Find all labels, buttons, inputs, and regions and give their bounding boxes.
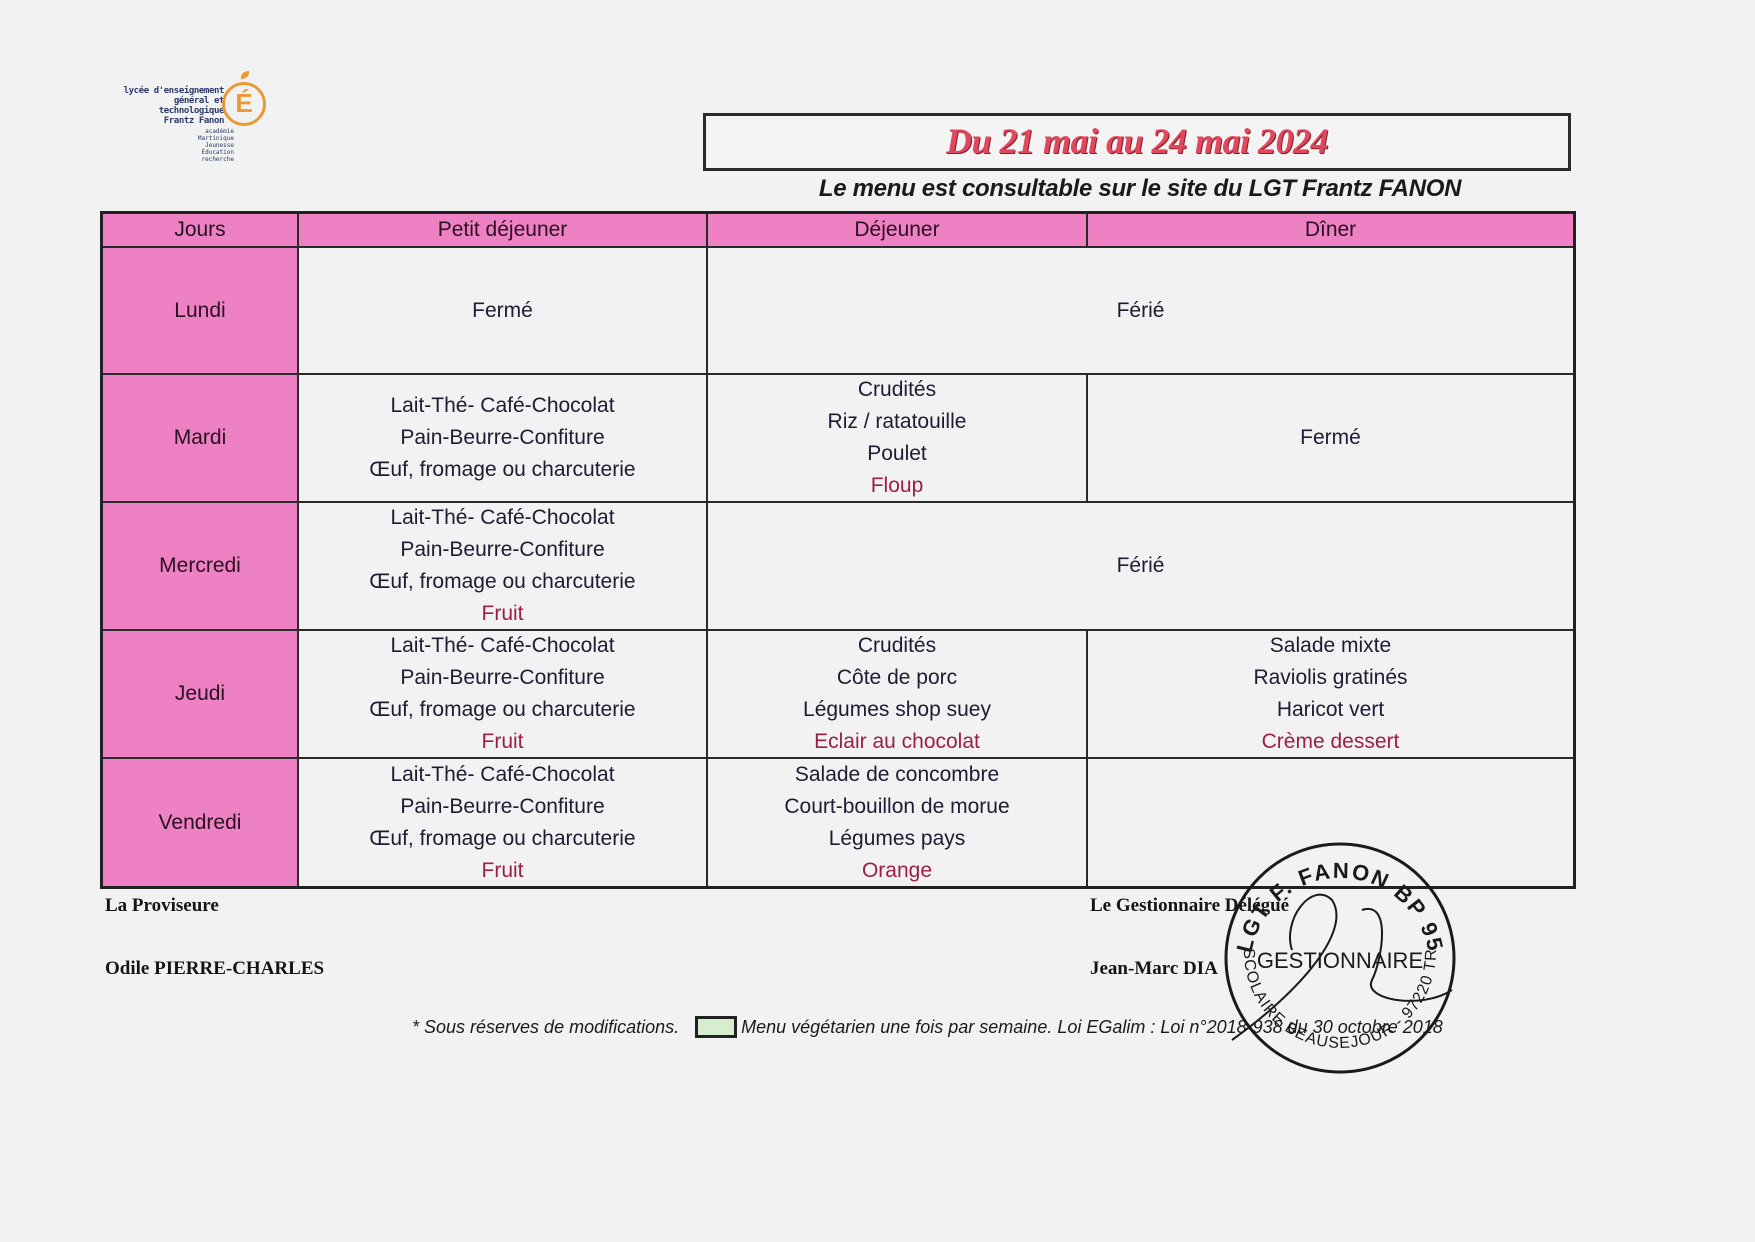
menu-line: Lait-Thé- Café-Chocolat (390, 390, 614, 422)
column-header: Dîner (1088, 214, 1573, 248)
signature-left-name: Odile PIERRE-CHARLES (105, 958, 324, 980)
official-stamp: LGT F. FANON BP 95 CITE SCOLAIRE BEAUSEJ… (1222, 840, 1458, 1076)
logo-line: lycée d'enseignement (112, 86, 224, 96)
day-cell: Lundi (103, 248, 299, 375)
dessert-line: Orange (862, 855, 932, 887)
lunch-dinner-merged-cell: Férié (708, 503, 1573, 631)
vegetarian-legend-swatch (695, 1016, 737, 1038)
logo-subline: Martinique (184, 135, 234, 142)
menu-line: Pain-Beurre-Confiture (400, 422, 604, 454)
stamp-center-text: GESTIONNAIRE (1257, 948, 1423, 973)
menu-line: Raviolis gratinés (1253, 662, 1407, 694)
menu-line: Salade de concombre (795, 759, 999, 791)
column-header: Petit déjeuner (299, 214, 708, 248)
column-header: Déjeuner (708, 214, 1088, 248)
logo-subline: Jeunesse (184, 142, 234, 149)
dinner-cell: Fermé (1088, 375, 1573, 503)
menu-line: Lait-Thé- Café-Chocolat (390, 502, 614, 534)
menu-table: JoursPetit déjeunerDéjeunerDînerLundiFer… (100, 211, 1576, 889)
logo-line: Frantz Fanon (112, 116, 224, 126)
menu-line: Légumes pays (829, 823, 966, 855)
menu-line: Fermé (472, 295, 533, 327)
e-letter-icon: É (222, 82, 266, 126)
dessert-line: Fruit (482, 726, 524, 758)
signature-right-name: Jean-Marc DIA (1090, 958, 1218, 980)
breakfast-cell: Lait-Thé- Café-ChocolatPain-Beurre-Confi… (299, 631, 708, 759)
dinner-cell: Salade mixteRaviolis gratinésHaricot ver… (1088, 631, 1573, 759)
logo-text: lycée d'enseignement général et technolo… (112, 86, 224, 126)
logo-subtext: académie Martinique Jeunesse Éducation r… (184, 128, 234, 163)
school-logo: lycée d'enseignement général et technolo… (112, 68, 272, 178)
title-box: Du 21 mai au 24 mai 2024 (703, 113, 1571, 171)
day-cell: Mercredi (103, 503, 299, 631)
menu-line: Poulet (867, 438, 927, 470)
dessert-line: Fruit (482, 855, 524, 887)
leaf-icon (239, 70, 250, 79)
page-title: Du 21 mai au 24 mai 2024 (706, 120, 1568, 162)
menu-line: Œuf, fromage ou charcuterie (369, 823, 635, 855)
day-cell: Jeudi (103, 631, 299, 759)
lunch-cell: CruditésCôte de porcLégumes shop sueyEcl… (708, 631, 1088, 759)
menu-line: Riz / ratatouille (828, 406, 967, 438)
menu-line: Crudités (858, 630, 936, 662)
day-cell: Vendredi (103, 759, 299, 886)
menu-line: Férié (1117, 550, 1165, 582)
logo-line: général et technologique (112, 96, 224, 116)
menu-line: Lait-Thé- Café-Chocolat (390, 630, 614, 662)
menu-line: Pain-Beurre-Confiture (400, 662, 604, 694)
menu-line: Légumes shop suey (803, 694, 991, 726)
dessert-line: Fruit (482, 598, 524, 630)
breakfast-cell: Lait-Thé- Café-ChocolatPain-Beurre-Confi… (299, 375, 708, 503)
lunch-cell: Salade de concombreCourt-bouillon de mor… (708, 759, 1088, 886)
page-subtitle: Le menu est consultable sur le site du L… (705, 175, 1575, 203)
column-header: Jours (103, 214, 299, 248)
breakfast-cell: Lait-Thé- Café-ChocolatPain-Beurre-Confi… (299, 503, 708, 631)
menu-line: Lait-Thé- Café-Chocolat (390, 759, 614, 791)
dessert-line: Crème dessert (1262, 726, 1400, 758)
menu-line: Salade mixte (1270, 630, 1391, 662)
signature-left-role: La Proviseure (105, 895, 219, 917)
menu-line: Crudités (858, 374, 936, 406)
menu-line: Haricot vert (1277, 694, 1384, 726)
menu-line: Œuf, fromage ou charcuterie (369, 566, 635, 598)
menu-line: Court-bouillon de morue (784, 791, 1009, 823)
menu-line: Côte de porc (837, 662, 957, 694)
logo-subline: recherche (184, 156, 234, 163)
footnote-reserve: * Sous réserves de modifications. (412, 1017, 679, 1038)
breakfast-cell: Lait-Thé- Café-ChocolatPain-Beurre-Confi… (299, 759, 708, 886)
lunch-cell: CruditésRiz / ratatouillePouletFloup (708, 375, 1088, 503)
dessert-line: Eclair au chocolat (814, 726, 980, 758)
breakfast-cell: Fermé (299, 248, 708, 375)
menu-line: Œuf, fromage ou charcuterie (369, 694, 635, 726)
menu-line: Fermé (1300, 422, 1361, 454)
menu-line: Pain-Beurre-Confiture (400, 791, 604, 823)
lunch-dinner-merged-cell: Férié (708, 248, 1573, 375)
menu-line: Férié (1117, 295, 1165, 327)
logo-subline: Éducation (184, 149, 234, 156)
dessert-line: Floup (871, 470, 924, 502)
menu-line: Œuf, fromage ou charcuterie (369, 454, 635, 486)
menu-line: Pain-Beurre-Confiture (400, 534, 604, 566)
day-cell: Mardi (103, 375, 299, 503)
logo-subline: académie (184, 128, 234, 135)
